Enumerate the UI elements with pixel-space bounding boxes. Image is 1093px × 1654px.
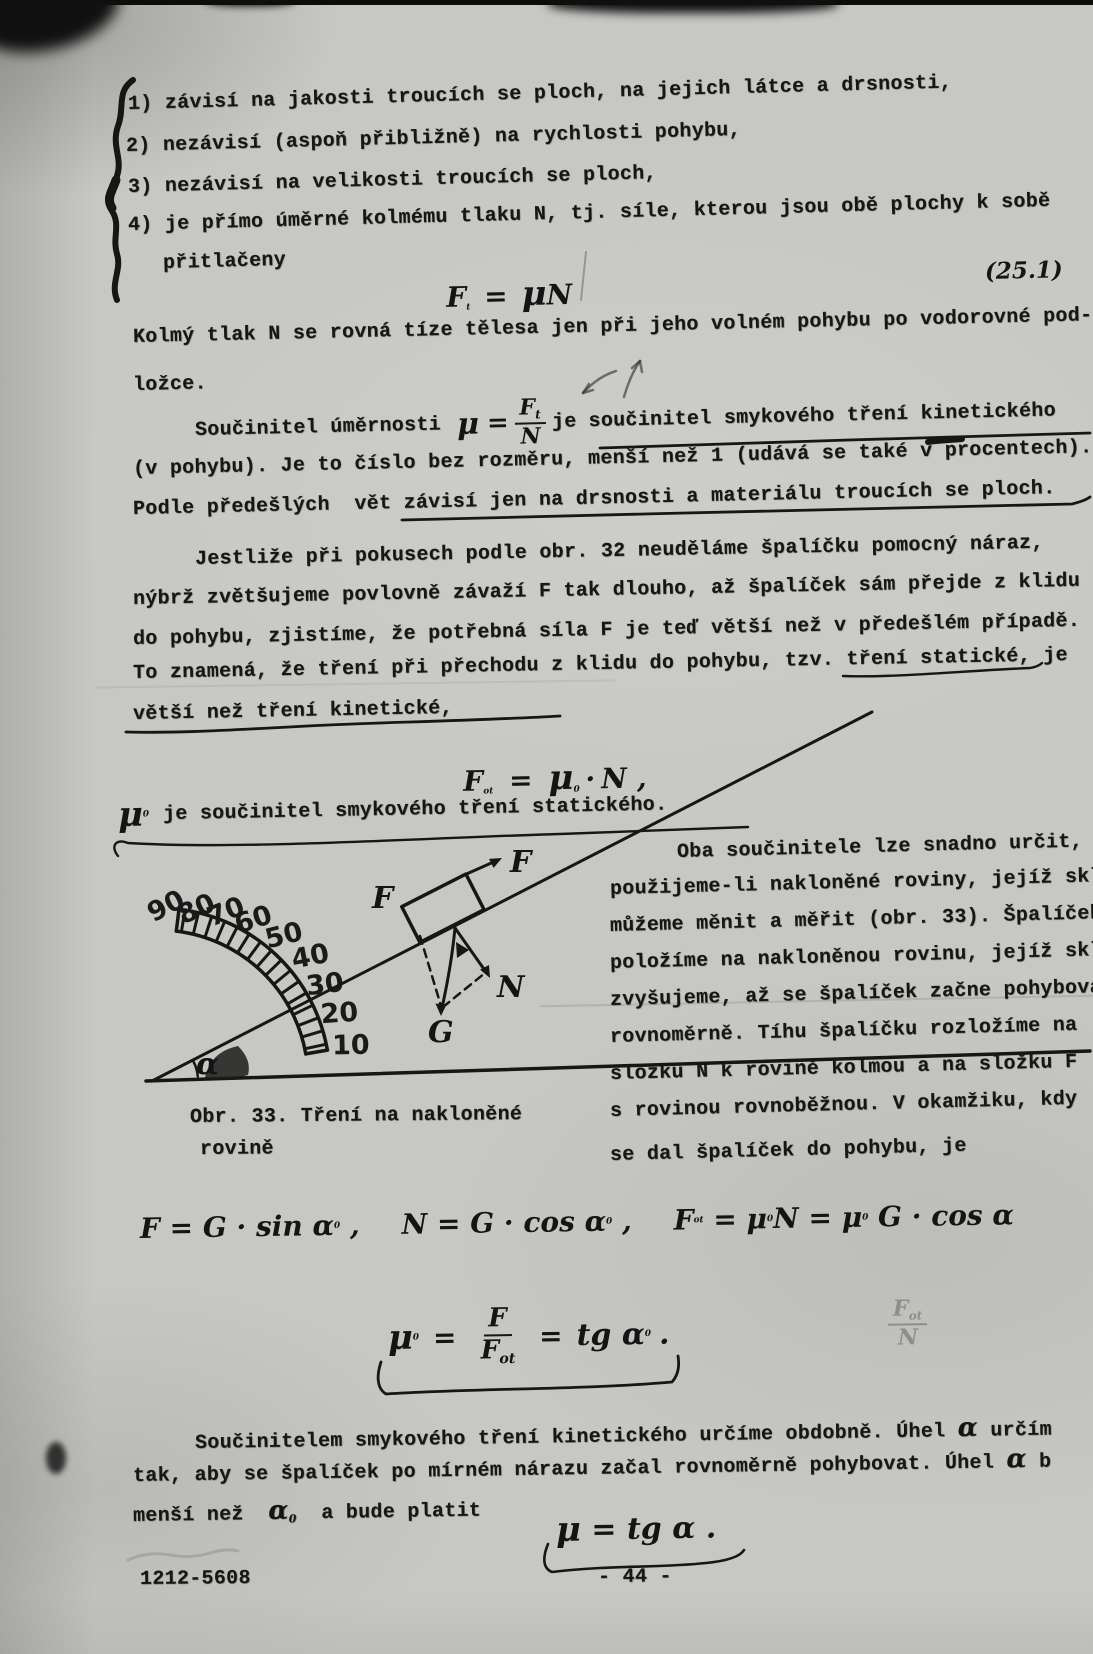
protractor-label-30: 30	[304, 967, 345, 1002]
figure-caption-line2: rovině	[200, 1137, 274, 1161]
mu-symbol: μ	[457, 406, 480, 441]
handwritten-equation-row: F = G · sin α0 , N = G · cos α0 , Fot = …	[140, 1198, 1014, 1245]
alpha-symbol: α	[1006, 1444, 1027, 1474]
text-segment: Součinitel úměrnosti	[195, 413, 442, 442]
f-arrowhead	[489, 858, 502, 868]
comma: ,	[340, 1209, 360, 1242]
subscript-ot: ot	[694, 1215, 704, 1225]
alpha-symbol: α	[268, 1496, 289, 1526]
fraction-f-over-fot: F Fot	[480, 1305, 516, 1367]
n-arrowhead	[480, 965, 490, 978]
handwritten-equation-mu: μ = tg α .	[556, 1507, 717, 1550]
protractor-label-40: 40	[289, 938, 332, 976]
f-left-label: F	[371, 881, 396, 916]
right-column-line: zvyšujeme, až se špalíček začne pohybova	[610, 976, 1093, 1012]
equals-sign: =	[539, 1319, 563, 1352]
text-segment: Podle předešlých vět	[133, 492, 404, 521]
mu-symbol: μ	[521, 274, 547, 315]
protractor-label-50: 50	[262, 916, 306, 955]
fraction-ft-over-n: Ft N	[514, 396, 546, 449]
protractor-label-60: 60	[231, 899, 276, 940]
subscript-0: 0	[143, 809, 149, 819]
list-item-3: 3) nezávisí na velikosti troucích se plo…	[128, 162, 657, 199]
pencil-note-fraction: Fot N	[873, 1279, 933, 1350]
period: .	[695, 1510, 716, 1545]
text-segment: menší než	[133, 1503, 269, 1528]
mu-symbol: μ	[118, 795, 144, 835]
block	[402, 874, 484, 942]
fraction-denominator: N	[520, 424, 541, 449]
underlined-term-kineticke: součinitel smykového tření kinetického	[588, 399, 1056, 433]
pencil-numerator: F	[893, 1295, 909, 1321]
scanned-page: { "list": { "item1": "1) závisí na jakos…	[0, 0, 1093, 1654]
normal-force-symbol: N	[546, 278, 572, 312]
pencil-numerator-sub: ot	[909, 1308, 923, 1322]
formula-g-cos: G · cos α	[868, 1198, 1014, 1233]
right-column-line: můžeme měnit a měřit (obr. 33). Špalíček	[610, 902, 1093, 938]
protractor-label-20: 20	[320, 997, 360, 1031]
text-segment: To znamená, že tření při přechodu z klid…	[133, 648, 847, 685]
text-segment: určím	[978, 1419, 1052, 1443]
underlined-term-drsnost: závisí jen na drsnosti a materiálu trouc…	[403, 477, 1055, 515]
formula-f-sin: F = G · sin α	[140, 1209, 335, 1245]
text-segment: a bude platit	[296, 1500, 481, 1526]
small-angle-wedge	[456, 942, 469, 958]
fraction-denominator-sub: ot	[499, 1351, 515, 1367]
comma: ,	[612, 1204, 632, 1237]
alpha-label: α	[196, 1047, 219, 1082]
paragraph-line: menší než α0 a bude platit	[133, 1493, 482, 1528]
g-arrowhead	[436, 1004, 447, 1017]
fraction-numerator-sub: t	[535, 407, 541, 421]
force-symbol: F	[446, 280, 467, 313]
subscript-t: t	[466, 302, 470, 312]
right-column-line: rovnoměrně. Tíhu špalíčku rozložíme na	[610, 1014, 1078, 1049]
formula-mu-n: N = μ	[773, 1201, 863, 1235]
protractor-label-70: 70	[203, 891, 249, 933]
right-column-line: se dal špalíček do pohybu, je	[610, 1135, 967, 1167]
formula-mu: = μ	[703, 1202, 767, 1236]
paragraph-line: Jestliže při pokusech podle obr. 32 neud…	[195, 532, 1044, 571]
equals-sign: =	[433, 1320, 457, 1353]
equation-25-1: Ft=μN	[437, 255, 572, 316]
handwritten-equation-mu0: μ0 = F Fot = tg α0 .	[387, 1294, 670, 1378]
scan-corner-shadow	[0, 0, 127, 65]
right-column-line: s rovinou rovnoběžnou. V okamžiku, kdy	[610, 1088, 1078, 1123]
subscript-0: 0	[645, 1329, 651, 1339]
tangent-expression: tg α	[576, 1316, 645, 1352]
f-top-label: F	[509, 845, 534, 880]
tangent-expression: = tg α	[581, 1510, 696, 1547]
text-segment: , je	[1018, 644, 1068, 668]
equals-sign: =	[484, 279, 508, 313]
right-column-line: použijeme-li nakloněné roviny, jejíž skl	[610, 865, 1093, 901]
mu-symbol: μ	[388, 1318, 414, 1358]
list-item-4: 4) je přímo úměrné kolmému tlaku N, tj. …	[128, 190, 1051, 237]
text-segment: je součinitel smykového tření statického…	[163, 793, 668, 826]
underlined-term-staticke: tření statické	[846, 645, 1019, 671]
g-label: G	[428, 1015, 454, 1050]
fraction-denominator: F	[480, 1335, 499, 1365]
pencil-denominator: N	[898, 1325, 918, 1349]
text-segment: tak, aby se špalíček po mírném nárazu za…	[133, 1451, 1007, 1488]
list-item-2: 2) nezávisí (aspoň přibližně) na rychlos…	[126, 119, 742, 158]
protractor-label-10: 10	[332, 1030, 370, 1062]
paragraph-line: nýbrž zvětšujeme povlovně závaží F tak d…	[133, 570, 1081, 611]
equation-number: (25.1)	[985, 256, 1063, 285]
page-number: - 44 -	[598, 1565, 672, 1589]
scan-edge-mark	[205, 0, 295, 6]
paragraph-line: Podle předešlých vět závisí jen na drsno…	[133, 477, 1056, 521]
subscript-0: 0	[289, 1512, 297, 1525]
protractor-label-80: 80	[173, 887, 220, 931]
scan-edge-top	[0, 0, 1093, 5]
paragraph-line: do pohybu, zjistíme, že potřebná síla F …	[133, 610, 1081, 651]
period: .	[659, 1316, 670, 1351]
alpha-symbol: α	[957, 1413, 978, 1443]
text-segment: b	[1027, 1451, 1052, 1474]
mu0-definition-line: μ0 je součinitel smykového tření statick…	[118, 784, 668, 835]
right-column-line: složku N k rovině kolmou a na složku F	[610, 1051, 1078, 1086]
paragraph-line: Kolmý tlak N se rovná tíze tělesa jen př…	[133, 304, 1093, 349]
n-label: N	[496, 970, 526, 1005]
right-column-line: Oba součinitele lze snadno určit,	[677, 830, 1083, 864]
list-item-4-continuation: přitlačeny	[163, 249, 287, 275]
print-code: 1212-5608	[140, 1567, 251, 1591]
paragraph-line-underlined: větší než tření kinetické,	[133, 697, 453, 726]
subscript-0: 0	[413, 1333, 419, 1343]
angle-wedge	[205, 1046, 249, 1079]
formula-n-cos: N = G · cos α	[401, 1205, 606, 1241]
protractor-label-90: 90	[142, 884, 190, 929]
mu-symbol: μ	[556, 1510, 582, 1550]
scan-edge-mark	[548, 0, 838, 13]
paragraph-line: ložce.	[133, 372, 207, 397]
text-segment: je	[552, 410, 577, 434]
right-column-line: položíme na nakloněnou rovinu, jejíž skl	[610, 939, 1093, 975]
force-symbol: F	[673, 1203, 693, 1236]
fraction-numerator: F	[519, 394, 535, 420]
list-item-1: 1) závisí na jakosti troucích se ploch, …	[128, 71, 953, 116]
equals-sign: =	[487, 408, 509, 438]
scan-edge-mark	[46, 1442, 66, 1474]
fraction-numerator: F	[483, 1305, 512, 1336]
figure-caption-line1: Obr. 33. Tření na nakloněné	[190, 1103, 522, 1129]
